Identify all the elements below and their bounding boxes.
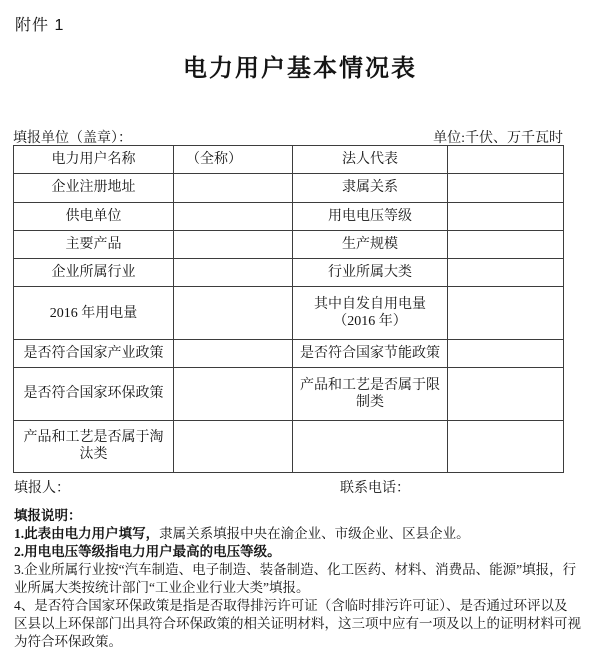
- value-power-supply-unit: [174, 202, 293, 230]
- value-restricted-product-process: [448, 368, 564, 420]
- label-industrial-policy-compliance: 是否符合国家产业政策: [14, 339, 174, 367]
- label-industry-sector: 企业所属行业: [14, 259, 174, 287]
- label-eliminated-product-process: 产品和工艺是否属于淘 汰类: [14, 420, 174, 472]
- table-row: 主要产品 生产规模: [14, 230, 564, 258]
- label-environmental-policy-compliance: 是否符合国家环保政策: [14, 368, 174, 420]
- empty-cell: [448, 420, 564, 472]
- value-electricity-consumption-2016: [174, 287, 293, 339]
- notes-section: 填报说明： 1.此表由电力用户填写，隶属关系填报中央在渝企业、市级企业、区县企业…: [14, 507, 594, 651]
- label-power-user-name: 电力用户名称: [14, 146, 174, 174]
- table-row: 产品和工艺是否属于淘 汰类: [14, 420, 564, 472]
- measure-unit-label: 单位:千伏、万千瓦时: [433, 127, 563, 147]
- label-power-supply-unit: 供电单位: [14, 202, 174, 230]
- value-registered-address: [174, 174, 293, 202]
- label-main-products: 主要产品: [14, 230, 174, 258]
- label-affiliation-relation: 隶属关系: [293, 174, 448, 202]
- label-production-scale: 生产规模: [293, 230, 448, 258]
- contact-phone-label: 联系电话：: [340, 477, 410, 497]
- label-industry-major-category: 行业所属大类: [293, 259, 448, 287]
- value-legal-representative: [448, 146, 564, 174]
- table-row: 2016 年用电量 其中自发自用电量 （2016 年）: [14, 287, 564, 339]
- label-restricted-product-process: 产品和工艺是否属于限 制类: [293, 368, 448, 420]
- page-title: 电力用户基本情况表: [0, 48, 600, 83]
- table-row: 是否符合国家环保政策 产品和工艺是否属于限 制类: [14, 368, 564, 420]
- value-industry-major-category: [448, 259, 564, 287]
- note-1: 1.此表由电力用户填写，隶属关系填报中央在渝企业、市级企业、区县企业。: [14, 525, 594, 543]
- label-energy-saving-policy-compliance: 是否符合国家节能政策: [293, 339, 448, 367]
- value-voltage-level: [448, 202, 564, 230]
- value-energy-saving-policy-compliance: [448, 339, 564, 367]
- basic-info-table: 电力用户名称 （全称） 法人代表 企业注册地址 隶属关系 供电单位 用电电压等级…: [13, 145, 564, 473]
- note-3: 3.企业所属行业按“汽车制造、电子制造、装备制造、化工医药、材料、消费品、能源”…: [14, 561, 594, 597]
- document-page: 附件 1 电力用户基本情况表 填报单位（盖章）： 单位:千伏、万千瓦时 电力用户…: [0, 0, 600, 662]
- attachment-label: 附件 1: [15, 12, 64, 35]
- label-voltage-level: 用电电压等级: [293, 202, 448, 230]
- value-affiliation-relation: [448, 174, 564, 202]
- note-4-text: 4、是否符合国家环保政策是指是否取得排污许可证（含临时排污许可证）、是否通过环评…: [14, 598, 581, 649]
- note-2-bold: 2.用电电压等级指电力用户最高的电压等级。: [14, 544, 281, 559]
- table-row: 企业注册地址 隶属关系: [14, 174, 564, 202]
- empty-cell: [293, 420, 448, 472]
- table-row: 供电单位 用电电压等级: [14, 202, 564, 230]
- label-legal-representative: 法人代表: [293, 146, 448, 174]
- filler-name-label: 填报人：: [14, 477, 70, 497]
- meta-row: 填报单位（盖章）： 单位:千伏、万千瓦时: [13, 127, 563, 147]
- table-row: 企业所属行业 行业所属大类: [14, 259, 564, 287]
- value-eliminated-product-process: [174, 420, 293, 472]
- notes-heading: 填报说明：: [14, 507, 594, 525]
- label-self-generated-consumption-2016: 其中自发自用电量 （2016 年）: [293, 287, 448, 339]
- value-production-scale: [448, 230, 564, 258]
- value-self-generated-consumption-2016: [448, 287, 564, 339]
- label-registered-address: 企业注册地址: [14, 174, 174, 202]
- note-4: 4、是否符合国家环保政策是指是否取得排污许可证（含临时排污许可证）、是否通过环评…: [14, 597, 594, 651]
- value-main-products: [174, 230, 293, 258]
- table-row: 电力用户名称 （全称） 法人代表: [14, 146, 564, 174]
- note-2: 2.用电电压等级指电力用户最高的电压等级。: [14, 543, 594, 561]
- hint-full-name: （全称）: [174, 146, 293, 174]
- label-electricity-consumption-2016: 2016 年用电量: [14, 287, 174, 339]
- report-unit-seal-label: 填报单位（盖章）：: [13, 127, 132, 147]
- table-row: 是否符合国家产业政策 是否符合国家节能政策: [14, 339, 564, 367]
- note-3-text: 3.企业所属行业按“汽车制造、电子制造、装备制造、化工医药、材料、消费品、能源”…: [14, 562, 576, 595]
- value-industrial-policy-compliance: [174, 339, 293, 367]
- value-industry-sector: [174, 259, 293, 287]
- value-environmental-policy-compliance: [174, 368, 293, 420]
- note-1-bold: 1.此表由电力用户填写，: [14, 526, 159, 541]
- note-1-text: 隶属关系填报中央在渝企业、市级企业、区县企业。: [159, 526, 470, 541]
